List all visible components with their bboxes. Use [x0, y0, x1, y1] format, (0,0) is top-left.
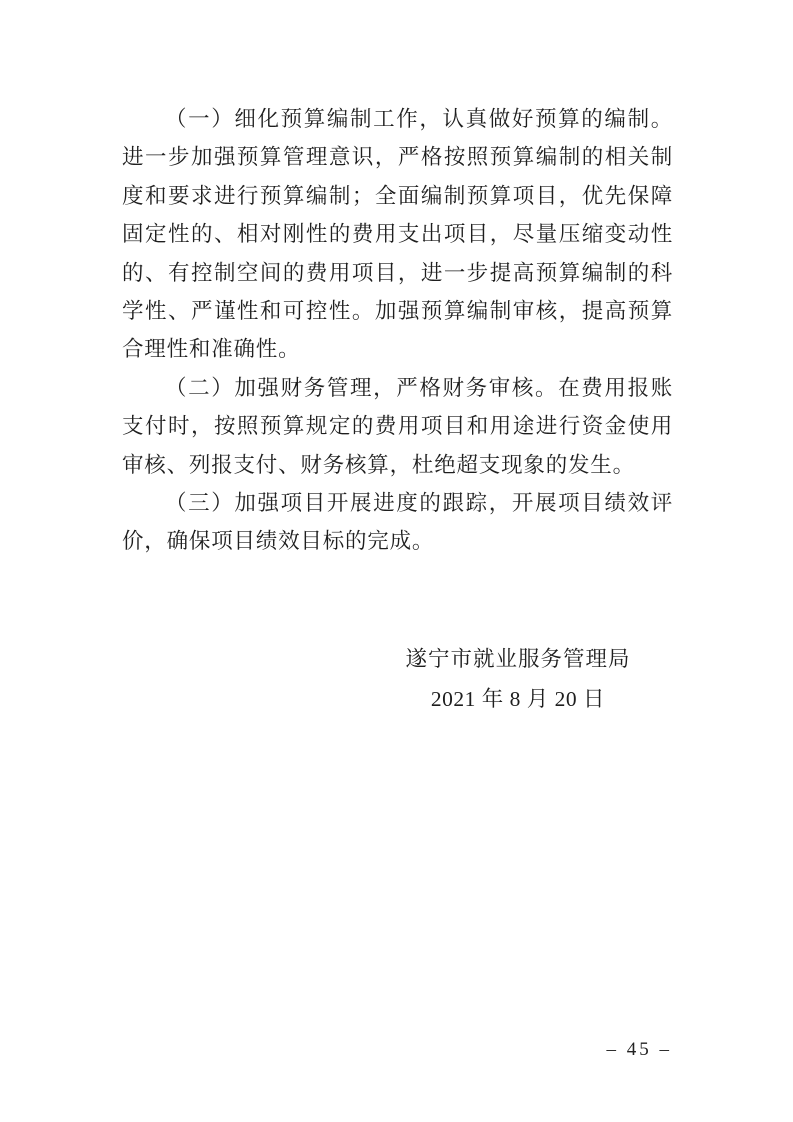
paragraph-item-1: （一）细化预算编制工作，认真做好预算的编制。进一步加强预算管理意识，严格按照预算…: [122, 100, 673, 369]
signature-block: 遂宁市就业服务管理局 2021 年 8 月 20 日: [373, 639, 663, 719]
page-number: – 45 –: [607, 1039, 673, 1061]
document-body: （一）细化预算编制工作，认真做好预算的编制。进一步加强预算管理意识，严格按照预算…: [122, 100, 673, 719]
signature-organization: 遂宁市就业服务管理局: [373, 639, 663, 679]
paragraph-item-2: （二）加强财务管理，严格财务审核。在费用报账支付时，按照预算规定的费用项目和用途…: [122, 369, 673, 484]
document-page: （一）细化预算编制工作，认真做好预算的编制。进一步加强预算管理意识，严格按照预算…: [0, 0, 793, 1122]
signature-date: 2021 年 8 月 20 日: [373, 679, 663, 719]
paragraph-item-3: （三）加强项目开展进度的跟踪，开展项目绩效评价，确保项目绩效目标的完成。: [122, 484, 673, 561]
